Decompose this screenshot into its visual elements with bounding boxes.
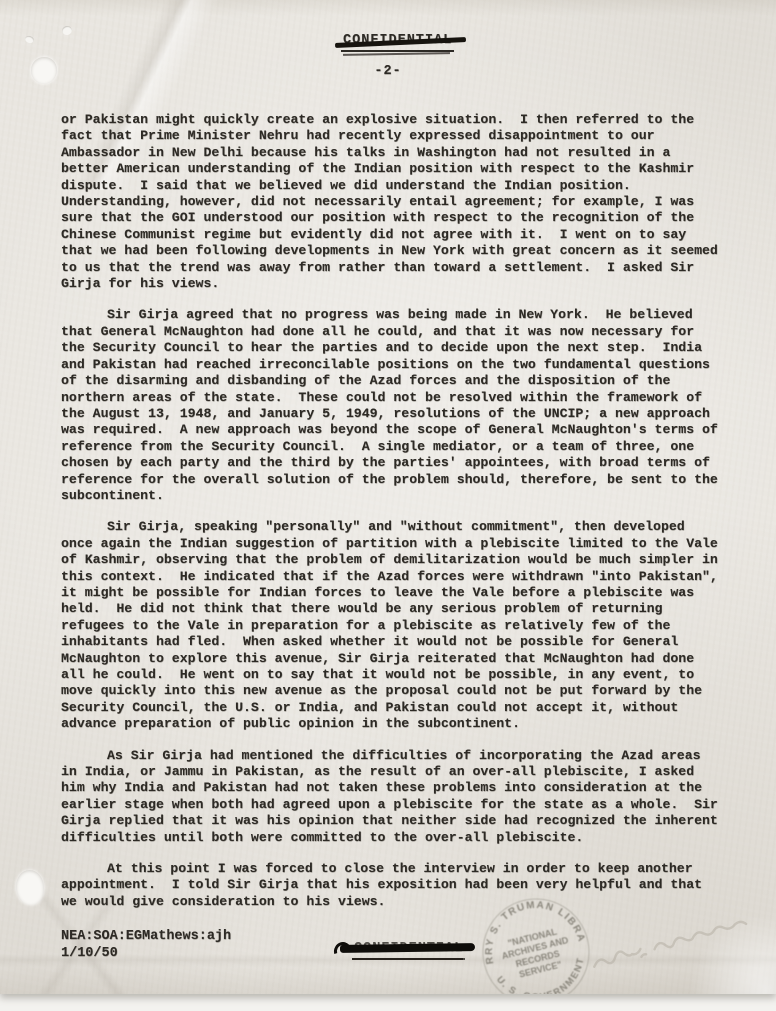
hole-punch-bottom: [16, 870, 44, 905]
drafting-date: 1/10/50: [61, 945, 231, 962]
document-page: CONFIDENTIAL -2- or Pakistan might quick…: [0, 0, 776, 994]
national-archives-stamp: HARRY S. TRUMAN LIBRARY U. S. GOVERNMENT…: [477, 893, 595, 994]
page-number: -2-: [0, 64, 776, 79]
memo-body: or Pakistan might quickly create an expl…: [61, 112, 722, 925]
paragraph-4: As Sir Girja had mentioned the difficult…: [61, 748, 722, 846]
scanned-memo-background: CONFIDENTIAL -2- or Pakistan might quick…: [0, 0, 776, 1011]
classification-stamp-top: CONFIDENTIAL: [341, 33, 454, 52]
paragraph-2: Sir Girja agreed that no progress was be…: [61, 307, 722, 504]
paper-speck: [24, 35, 35, 45]
paragraph-1: or Pakistan might quickly create an expl…: [61, 112, 722, 292]
drafting-office-code: NEA:SOA:EGMathews:ajh: [61, 928, 231, 945]
paragraph-3: Sir Girja, speaking "personally" and "wi…: [61, 519, 722, 732]
drafting-info: NEA:SOA:EGMathews:ajh 1/10/50: [61, 928, 231, 962]
paragraph-5: At this point I was forced to close the …: [61, 861, 722, 910]
underline-mark: [343, 52, 450, 55]
underline-mark: [352, 958, 463, 960]
paper-speck: [61, 25, 73, 36]
classification-stamp-bottom: CONFIDENTIAL: [352, 941, 465, 960]
